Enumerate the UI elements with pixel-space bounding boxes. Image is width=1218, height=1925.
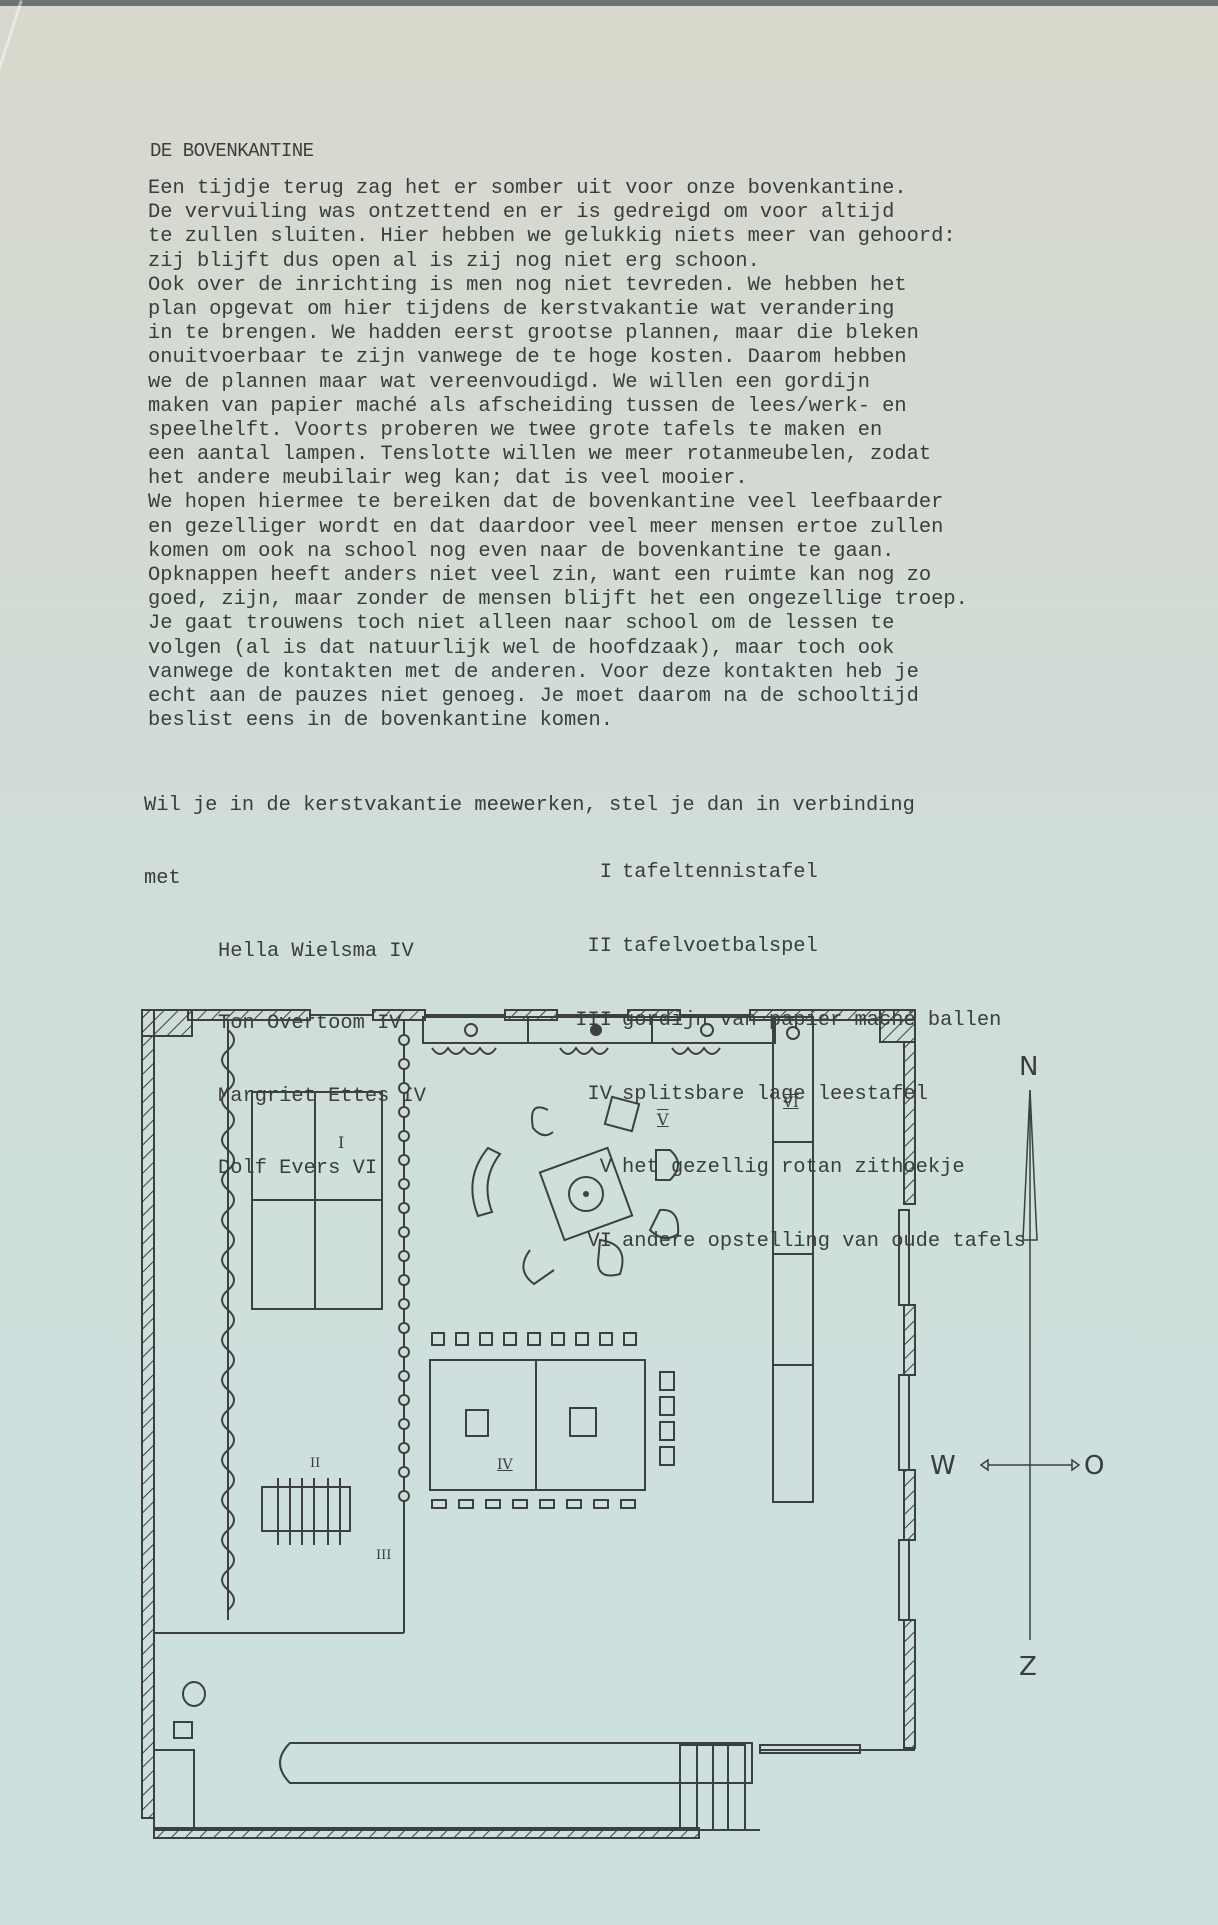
label-foosball: II: [310, 1456, 320, 1471]
left-curtain: [222, 1020, 234, 1620]
ball-curtain: [154, 1020, 409, 1633]
label-rattan-corner: V: [657, 1110, 669, 1129]
window-seats-top: [423, 1017, 775, 1054]
compass-west-label: W: [930, 1451, 956, 1481]
compass-south-label: Z: [1019, 1652, 1037, 1682]
rattan-seating-area: [472, 1097, 678, 1284]
label-ball-curtain: III: [376, 1548, 391, 1563]
restroom-fixtures: [154, 1682, 205, 1828]
outer-walls: [142, 1010, 915, 1838]
foosball-table: [262, 1478, 350, 1545]
compass-north-label: N: [1019, 1052, 1038, 1082]
compass: [981, 1090, 1079, 1640]
old-tables-row: [773, 1017, 813, 1502]
table-tennis-table: [252, 1092, 382, 1309]
reading-table: [430, 1360, 645, 1490]
label-table-tennis: I: [338, 1133, 344, 1152]
compass-east-label: O: [1084, 1451, 1104, 1481]
floor-plan-drawing: [0, 0, 1218, 1925]
label-old-tables: VI: [783, 1095, 799, 1111]
bar-counter: [280, 1743, 752, 1830]
label-reading-table: IV: [497, 1457, 513, 1473]
